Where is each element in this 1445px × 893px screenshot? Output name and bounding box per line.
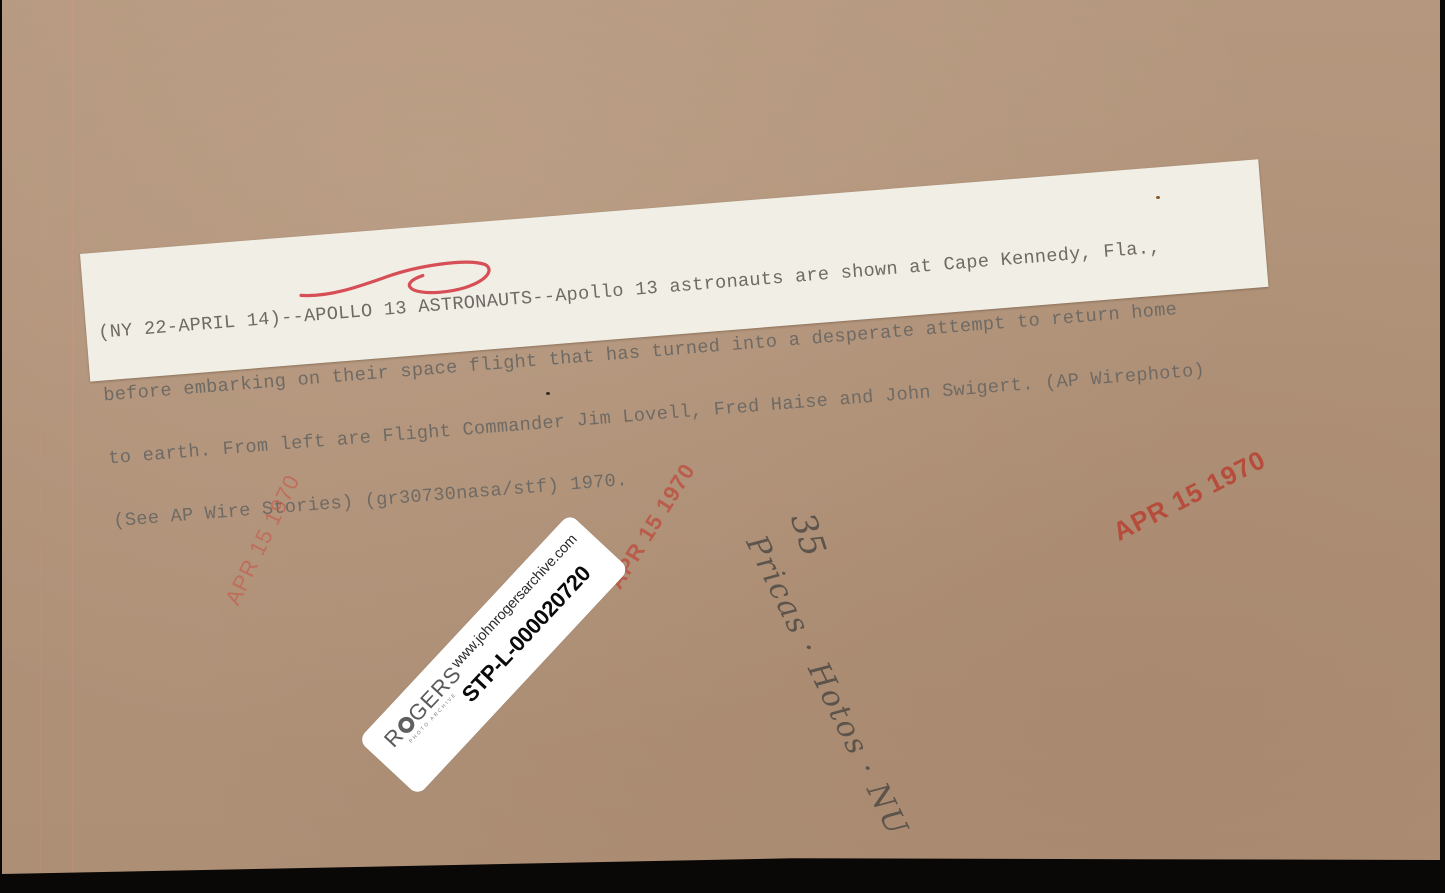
paper-speck [546,392,550,395]
document-scan: (NY 22-APRIL 14)--APOLLO 13 ASTRONAUTS--… [0,0,1445,893]
fold-line [40,0,41,874]
fold-line [72,0,73,874]
paper-speck [1156,196,1160,199]
